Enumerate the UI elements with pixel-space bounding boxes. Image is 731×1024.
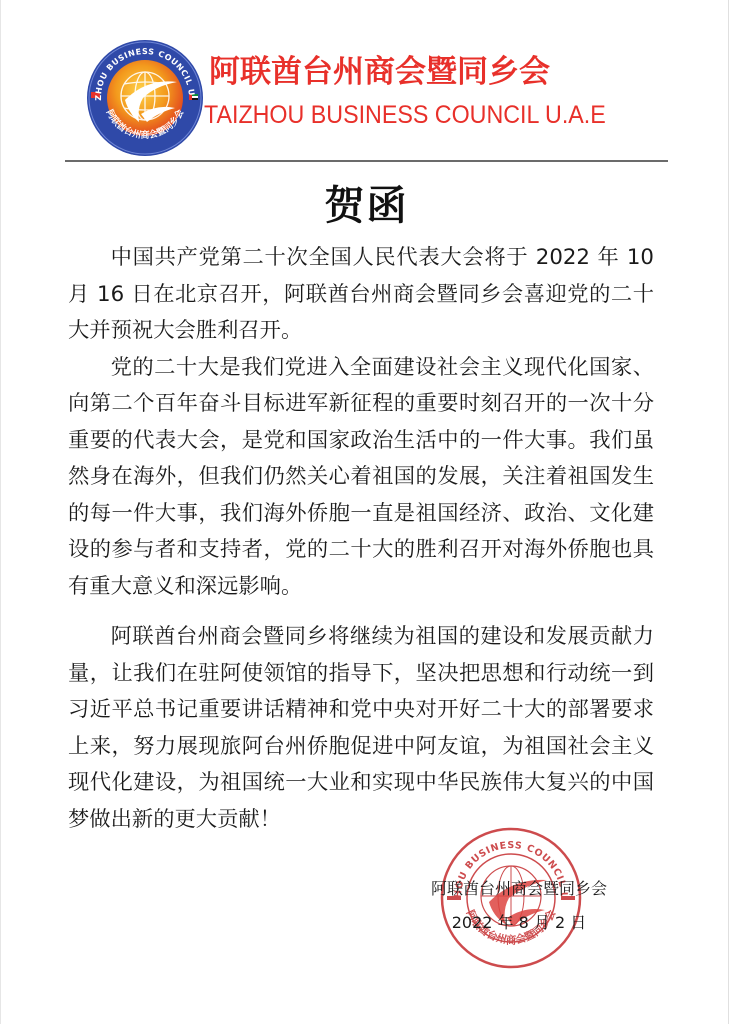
paragraph-3: 阿联酋台州商会暨同乡将继续为祖国的建设和发展贡献力量，让我们在驻阿使领馆的指导下… [68, 619, 654, 838]
header-divider [65, 160, 668, 162]
letter-title: 贺函 [1, 180, 731, 232]
signature-block: 阿联酋台州商会暨同乡会 2022 年 8 月 2 日 [409, 872, 629, 940]
signature-org: 阿联酋台州商会暨同乡会 [409, 872, 629, 906]
paragraph-2: 党的二十大是我们党进入全面建设社会主义现代化国家、向第二个百年奋斗目标进军新征程… [68, 350, 654, 606]
paragraph-1: 中国共产党第二十次全国人民代表大会将于 2022 年 10 月 16 日在北京召… [68, 240, 654, 350]
org-logo-icon: TAIZHOU BUSINESS COUNCIL U.A.E 阿联酋台州商会暨同… [85, 38, 205, 158]
letter-page: TAIZHOU BUSINESS COUNCIL U.A.E 阿联酋台州商会暨同… [0, 0, 729, 1024]
letter-body: 中国共产党第二十次全国人民代表大会将于 2022 年 10 月 16 日在北京召… [68, 240, 654, 838]
org-name-chinese: 阿联酋台州商会暨同乡会 [209, 50, 550, 94]
org-name-english: TAIZHOU BUSINESS COUNCIL U.A.E [204, 99, 606, 131]
signature-date: 2022 年 8 月 2 日 [409, 906, 629, 940]
